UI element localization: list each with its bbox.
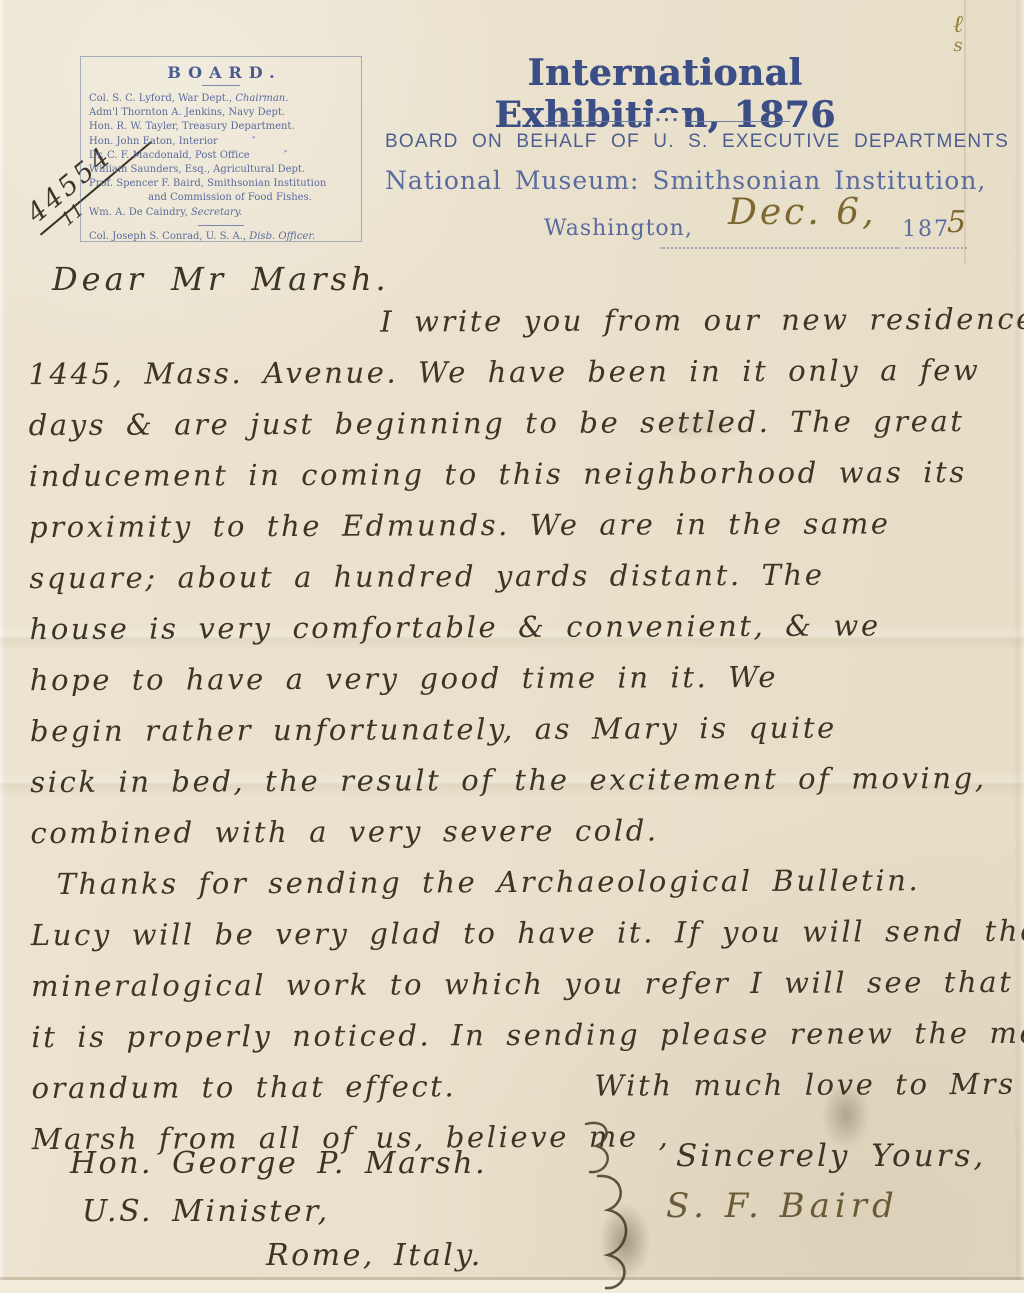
handwritten-line: it is properly noticed. In sending pleas…	[31, 1008, 1011, 1063]
board-member: Col. S. C. Lyford, War Dept., Chairman.	[89, 92, 353, 106]
board-member: Wm. A. De Caindry, Secretary.	[89, 206, 353, 220]
letter-body: I write you from our new residence,1445,…	[28, 294, 1012, 1165]
handwritten-line: mineralogical work to which you refer I …	[31, 957, 1011, 1012]
board-officer-name: Col. Joseph S. Conrad, U. S. A.,	[89, 231, 249, 242]
scan-edge-left	[0, 0, 5, 1293]
dateline-year-handwritten: 5	[947, 205, 966, 240]
board-member: Prof. Spencer F. Baird, Smithsonian Inst…	[89, 177, 353, 191]
divider-ornament-icon: •••	[650, 113, 685, 129]
dateline-year-printed: 187	[902, 217, 950, 242]
valediction: Sincerely Yours,	[676, 1138, 986, 1174]
signature: S. F. Baird	[666, 1186, 899, 1226]
letterhead-subtitle: BOARD ON BEHALF OF U. S. EXECUTIVE DEPAR…	[385, 131, 960, 153]
handwritten-line: Thanks for sending the Archaeological Bu…	[31, 855, 1011, 910]
board-member: Hon. R. W. Tayler, Treasury Department.	[89, 120, 353, 134]
board-officer: Col. Joseph S. Conrad, U. S. A., Disb. O…	[89, 230, 353, 244]
dateline-dotted-rule	[660, 247, 900, 249]
handwritten-line: house is very comfortable & convenient, …	[29, 600, 1009, 655]
board-members: Col. S. C. Lyford, War Dept., Chairman.A…	[89, 92, 353, 220]
recipient-line: Hon. George P. Marsh.	[70, 1146, 487, 1181]
board-member: Dr. C. F. Macdonald, Post Office″	[89, 149, 353, 163]
recipient-line: U.S. Minister,	[82, 1194, 330, 1229]
handwritten-line: square; about a hundred yards distant. T…	[29, 549, 1009, 604]
handwritten-line: orandum to that effect.With much love to…	[31, 1059, 1011, 1114]
handwritten-line: 1445, Mass. Avenue. We have been in it o…	[28, 345, 1008, 400]
board-rule	[198, 225, 244, 226]
recipient-line: Rome, Italy.	[266, 1238, 483, 1273]
ink-flourish	[558, 1118, 630, 1293]
board-box: BOARD. Col. S. C. Lyford, War Dept., Cha…	[80, 56, 362, 242]
dateline-handwritten-date: Dec. 6,	[728, 192, 877, 233]
board-member: Adm'l Thornton A. Jenkins, Navy Dept.	[89, 106, 353, 120]
salutation: Dear Mr Marsh.	[52, 260, 390, 298]
handwritten-line: Lucy will be very glad to have it. If yo…	[31, 906, 1011, 961]
corner-mark-lower: s	[932, 36, 984, 56]
dateline-dotted-rule	[905, 247, 967, 249]
handwritten-line: days & are just beginning to be settled.…	[29, 396, 1009, 451]
handwritten-line: proximity to the Edmunds. We are in the …	[29, 498, 1009, 553]
corner-mark: ℓ s	[932, 12, 984, 56]
handwritten-line: I write you from our new residence,	[28, 294, 1008, 349]
board-member: Hon. John Eaton, Interior″	[89, 135, 353, 149]
handwritten-line: begin rather unfortunately, as Mary is q…	[30, 702, 1010, 757]
board-box-title: BOARD.	[89, 63, 353, 82]
board-member: William Saunders, Esq., Agricultural Dep…	[89, 163, 353, 177]
letterhead-institution: National Museum: Smithsonian Institution…	[385, 166, 945, 195]
letterhead-divider: •••	[545, 121, 790, 122]
handwritten-line: sick in bed, the result of the excitemen…	[30, 753, 1010, 808]
handwritten-line: combined with a very severe cold.	[30, 804, 1010, 859]
dateline-city: Washington,	[544, 216, 693, 241]
board-rule	[202, 85, 240, 86]
scan-edge-bottom	[0, 1277, 1024, 1293]
corner-mark-upper: ℓ	[932, 12, 984, 36]
handwritten-line: inducement in coming to this neighborhoo…	[29, 447, 1009, 502]
handwritten-line: hope to have a very good time in it. We	[30, 651, 1010, 706]
letter-page: 44554 11 ℓ s BOARD. Col. S. C. Lyford, W…	[0, 0, 1024, 1293]
board-member: and Commission of Food Fishes.	[89, 191, 353, 205]
board-officer-role: Disb. Officer.	[249, 231, 315, 242]
